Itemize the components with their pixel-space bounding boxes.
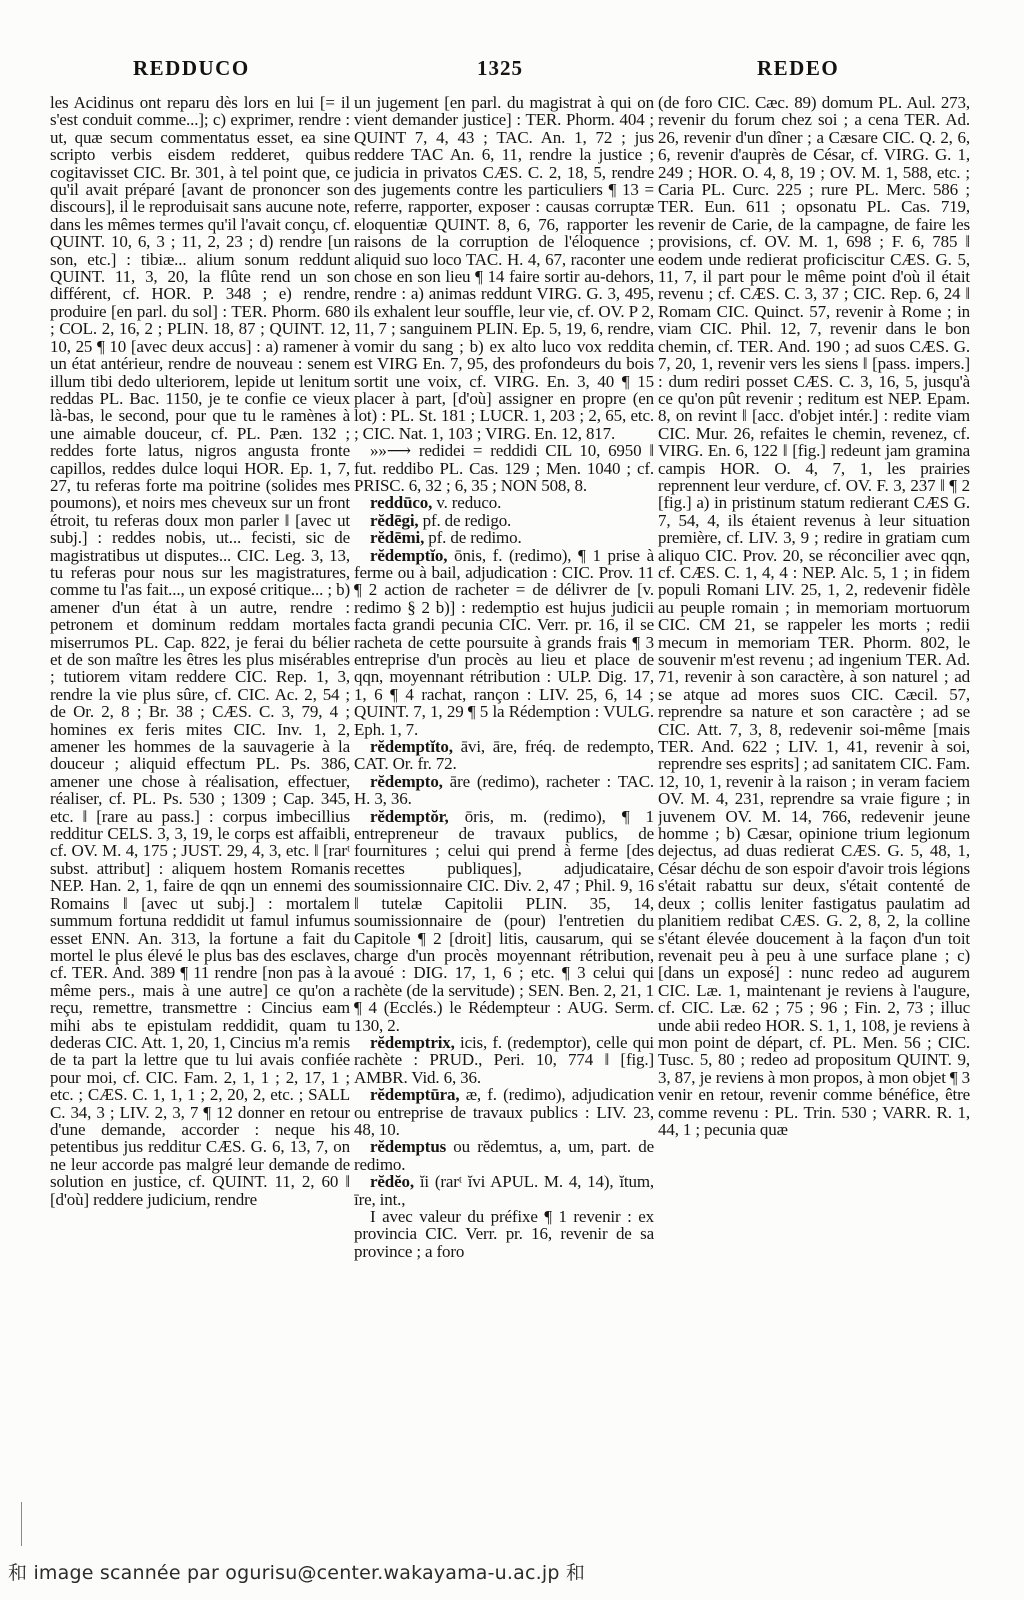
entry-paragraph: rĕdemptŏr, ōris, m. (redimo), ¶ 1 entrep… [354, 808, 654, 1034]
entry-headword: rĕdēgi, [370, 511, 419, 530]
entry-paragraph: rĕdĕo, ĭi (rarᵗ ĭvi APUL. M. 4, 14), ĭtu… [354, 1173, 654, 1208]
entry-headword: rĕdēmi, [370, 528, 424, 547]
entry-paragraph: rĕdemptĭo, ōnis, f. (redimo), ¶ 1 prise … [354, 547, 654, 738]
text-column-2: un jugement [en parl. du magistrat à qui… [354, 94, 654, 1546]
entry-paragraph: rĕdēmi, pf. de redimo. [354, 529, 654, 546]
entry-paragraph: reddūco, v. reduco. [354, 494, 654, 511]
scan-artifact-line [21, 1502, 22, 1546]
text-columns: les Acidinus ont reparu dès lors en lui … [50, 94, 970, 1546]
entry-headword: rĕdempto, [370, 772, 443, 791]
entry-paragraph: rĕdemptĭto, āvi, āre, fréq. de redempto,… [354, 738, 654, 773]
text-paragraph: I avec valeur du préfixe ¶ 1 revenir : e… [354, 1208, 654, 1260]
text-paragraph: (de foro CIC. Cæc. 89) domum PL. Aul. 27… [658, 94, 970, 1138]
entry-paragraph: rĕdemptus ou rĕdemtus, a, um, part. de r… [354, 1138, 654, 1173]
text-column-1: les Acidinus ont reparu dès lors en lui … [50, 94, 350, 1546]
entry-headword: rĕdemptĭo, [370, 546, 447, 565]
entry-headword: rĕdemptĭto, [370, 737, 453, 756]
scan-credit: 和 image scannée par ogurisu@center.wakay… [8, 1558, 1008, 1585]
entry-headword: rĕdemptrix, [370, 1033, 455, 1052]
dictionary-page: REDDUCO 1325 REDEO les Acidinus ont repa… [0, 0, 1024, 1600]
guide-word-left: REDDUCO [133, 56, 250, 81]
entry-headword: rĕdemptūra, [370, 1085, 459, 1104]
entry-paragraph: rĕdemptūra, æ, f. (redimo), adjudication… [354, 1086, 654, 1138]
entry-paragraph: rĕdemptrix, icis, f. (redemptor), celle … [354, 1034, 654, 1086]
text-paragraph: »»⟶ redidei = reddidi CIL 10, 6950 ‖ fut… [354, 442, 654, 494]
text-column-3: (de foro CIC. Cæc. 89) domum PL. Aul. 27… [658, 94, 970, 1546]
entry-paragraph: rĕdēgi, pf. de redigo. [354, 512, 654, 529]
text-paragraph: un jugement [en parl. du magistrat à qui… [354, 94, 654, 442]
text-paragraph: les Acidinus ont reparu dès lors en lui … [50, 94, 350, 1208]
entry-headword: rĕdemptŏr, [370, 807, 449, 826]
entry-paragraph: rĕdempto, āre (redimo), racheter : TAC. … [354, 773, 654, 808]
entry-headword: rĕdemptus [370, 1137, 446, 1156]
page-number: 1325 [430, 56, 570, 81]
entry-headword: rĕdĕo, [370, 1172, 414, 1191]
guide-word-right: REDEO [757, 56, 839, 81]
entry-headword: reddūco, [370, 493, 432, 512]
